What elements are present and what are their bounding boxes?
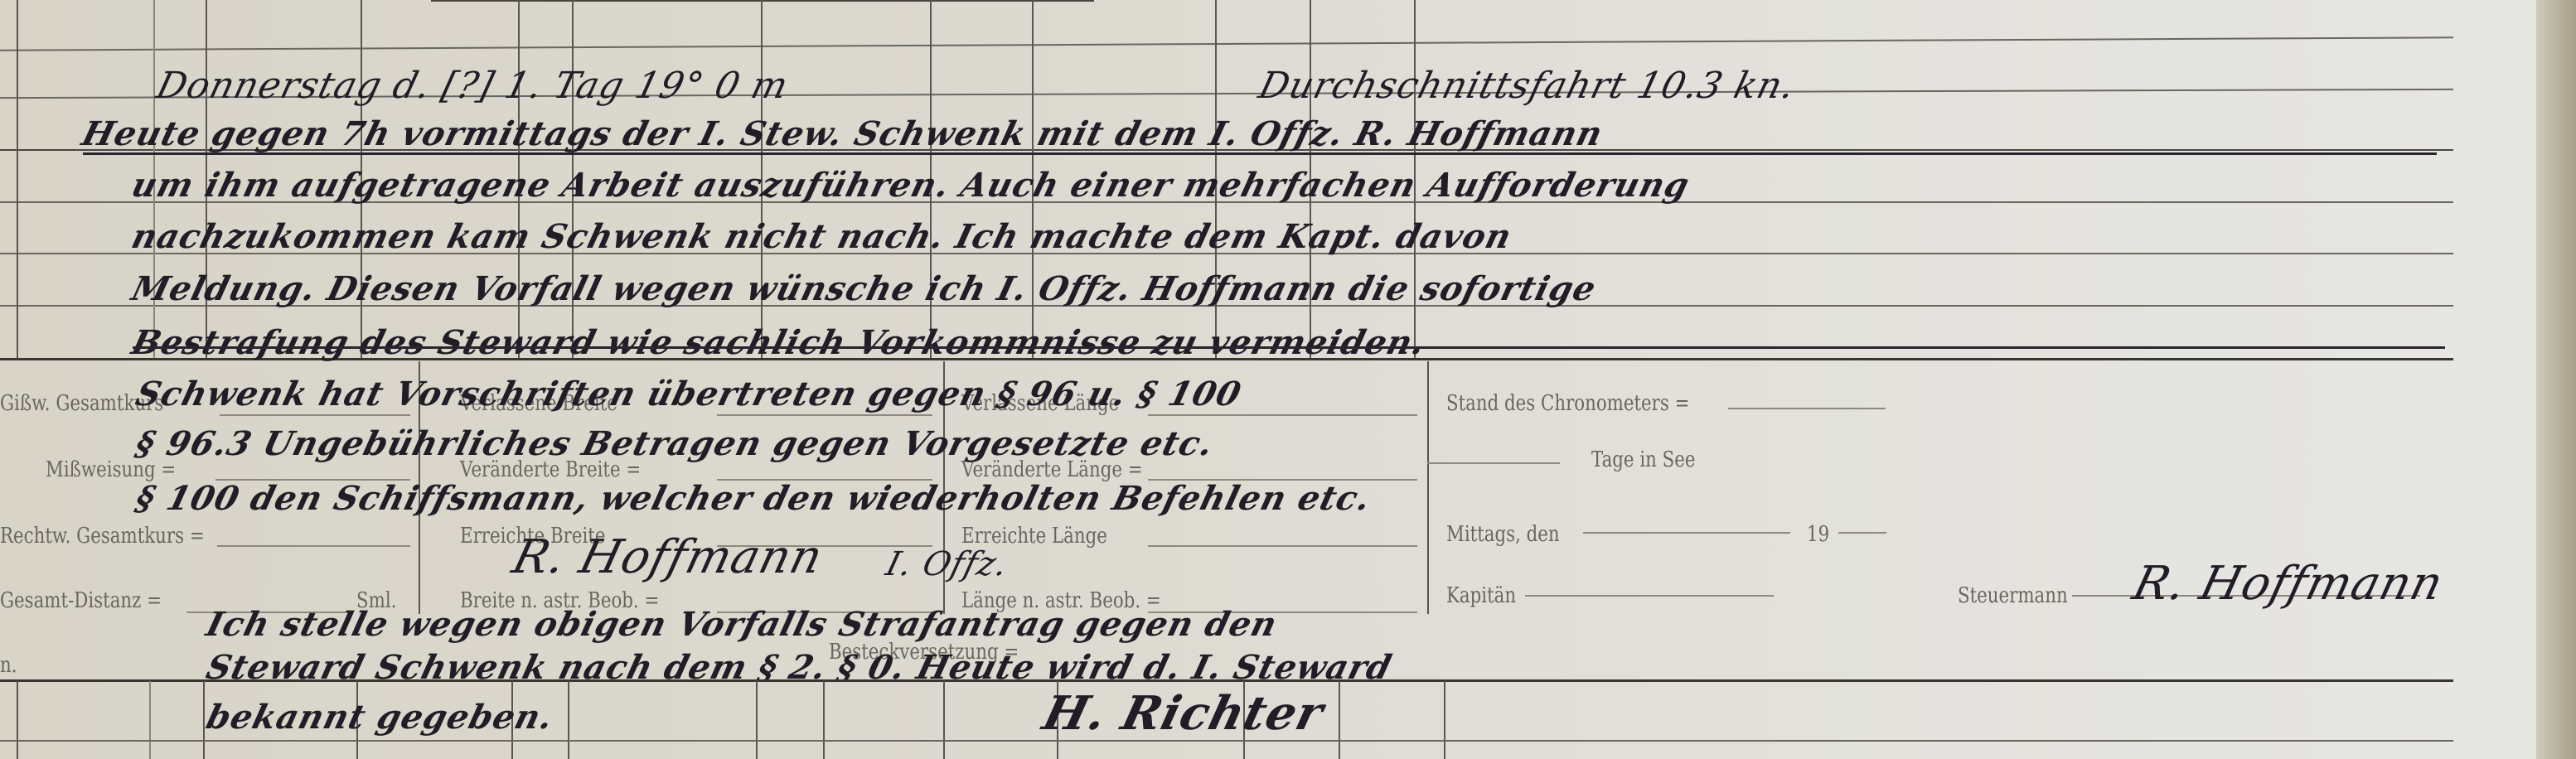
grid-row-line (0, 36, 2453, 51)
entry-date-line: Donnerstag d. [?] 1. Tag 19° 0 m (153, 65, 793, 107)
entry-line: nachzukommen kam Schwenk nicht nach. Ich… (128, 217, 1516, 256)
label-steuermann: Steuermann (1958, 583, 2068, 608)
label-rechtw-gesamtkurs: Rechtw. Gesamtkurs = (0, 524, 205, 549)
signature-steuermann: R. Hoffmann (2128, 557, 2449, 611)
blank-mittags-den (1583, 532, 1790, 534)
grid-col-line (1444, 681, 1445, 759)
page-edge (2536, 0, 2576, 759)
grid-col-line (756, 681, 758, 759)
label-tage-in-see: Tage in See (1591, 447, 1695, 472)
blank-year (1838, 532, 1886, 534)
blank-stand-chronometers (1728, 408, 1886, 409)
blank-rechtw-gesamtkurs (217, 545, 410, 547)
grid-col-line (568, 681, 569, 759)
blank-gissw-gesamtkurs (220, 414, 410, 416)
blank-tage-in-see (1427, 462, 1560, 464)
entry-underline (133, 346, 2445, 349)
label-gesamt-distanz: Gesamt-Distanz = (0, 588, 162, 613)
closing-line: Ich stelle wegen obigen Vorfalls Strafan… (202, 605, 1281, 644)
grid-col-line (943, 681, 945, 759)
blank-erreichte-laenge (1148, 545, 1417, 547)
signature-captain: H. Richter (1038, 686, 1329, 741)
entry-line: Schwenk hat Vorschriften übertreten gege… (132, 375, 1246, 413)
entry-line: § 96.3 Ungebührliches Betragen gegen Vor… (132, 424, 1218, 463)
grid-col-line (17, 681, 18, 759)
grid-col-line (149, 681, 151, 759)
entry-speed-line: Durchschnittsfahrt 10.3 kn. (1255, 65, 1800, 107)
closing-underline (0, 679, 2453, 682)
entry-line: § 100 den Schiffsmann, welcher den wiede… (132, 479, 1375, 518)
form-col-divider (1427, 361, 1429, 614)
closing-line: bekannt gegeben. (202, 698, 558, 737)
label-kapitaen: Kapitän (1446, 583, 1516, 608)
entry-line: Meldung. Diesen Vorfall wegen wünsche ic… (128, 269, 1600, 308)
grid-col-line (17, 0, 18, 358)
label-year-prefix: 19 (1807, 522, 1829, 547)
edge-mark: n. (0, 653, 17, 678)
signature-first-officer-title: I. Offz. (882, 545, 1012, 583)
top-rule (431, 0, 1094, 2)
blank-verlassene-breite (717, 414, 932, 416)
grid-col-line (1339, 681, 1340, 759)
entry-line: Heute gegen 7h vormittags der I. Stew. S… (78, 114, 1607, 153)
blank-kapitaen (1525, 595, 1774, 597)
entry-underline (83, 152, 2437, 155)
log-page: Donnerstag d. [?] 1. Tag 19° 0 m Durchsc… (0, 0, 2536, 759)
blank-verlassene-laenge (1148, 414, 1417, 416)
label-mittags-den: Mittags, den (1446, 522, 1560, 547)
label-stand-chronometers: Stand des Chronometers = (1446, 391, 1689, 416)
entry-line: um ihm aufgetragene Arbeit auszuführen. … (128, 166, 1693, 205)
grid-col-line (823, 681, 825, 759)
signature-first-officer: R. Hoffmann (507, 530, 829, 584)
entry-line: Bestrafung des Steward wie sachlich Vork… (128, 323, 1430, 362)
grid-col-line (203, 681, 205, 759)
